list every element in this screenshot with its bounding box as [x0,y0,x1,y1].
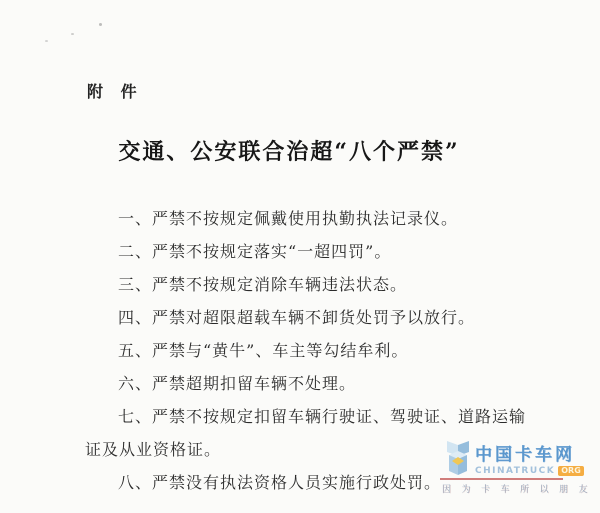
scan-speck [71,33,74,35]
watermark-text-block: 中国卡车网 CHINATRUCK ORG [475,440,584,476]
scanned-document-page: 附 件 交通、公安联合治超“八个严禁” 一、严禁不按规定佩戴使用执勤执法记录仪。… [0,0,600,513]
document-line: 二、严禁不按规定落实“一超四罚”。 [85,235,560,268]
watermark-divider [440,478,563,480]
document-line: 五、严禁与“黄牛”、车主等勾结牟利。 [85,334,560,367]
brand-en-row: CHINATRUCK ORG [475,466,584,476]
brand-name-cn: 中国卡车网 [475,440,584,465]
document-line: 三、严禁不按规定消除车辆违法状态。 [85,268,560,301]
scan-speck [45,40,48,42]
chinatruck-watermark: 中国卡车网 CHINATRUCK ORG 因为卡车所以朋友 [439,437,600,495]
document-line: 四、严禁对超限超载车辆不卸货处罚予以放行。 [85,301,560,334]
document-line: 七、严禁不按规定扣留车辆行驶证、驾驶证、道路运输 [85,400,560,433]
brand-suffix-badge: ORG [558,466,584,476]
scan-speck [99,23,102,26]
watermark-tagline: 因为卡车所以朋友 [442,482,598,495]
document-line: 六、严禁超期扣留车辆不处理。 [85,367,560,400]
document-title: 交通、公安联合治超“八个严禁” [0,135,578,166]
document-line: 一、严禁不按规定佩戴使用执勤执法记录仪。 [85,202,560,235]
brand-name-en: CHINATRUCK [475,466,555,476]
attachment-label: 附 件 [87,79,143,102]
chinatruck-logo-icon [445,439,473,477]
